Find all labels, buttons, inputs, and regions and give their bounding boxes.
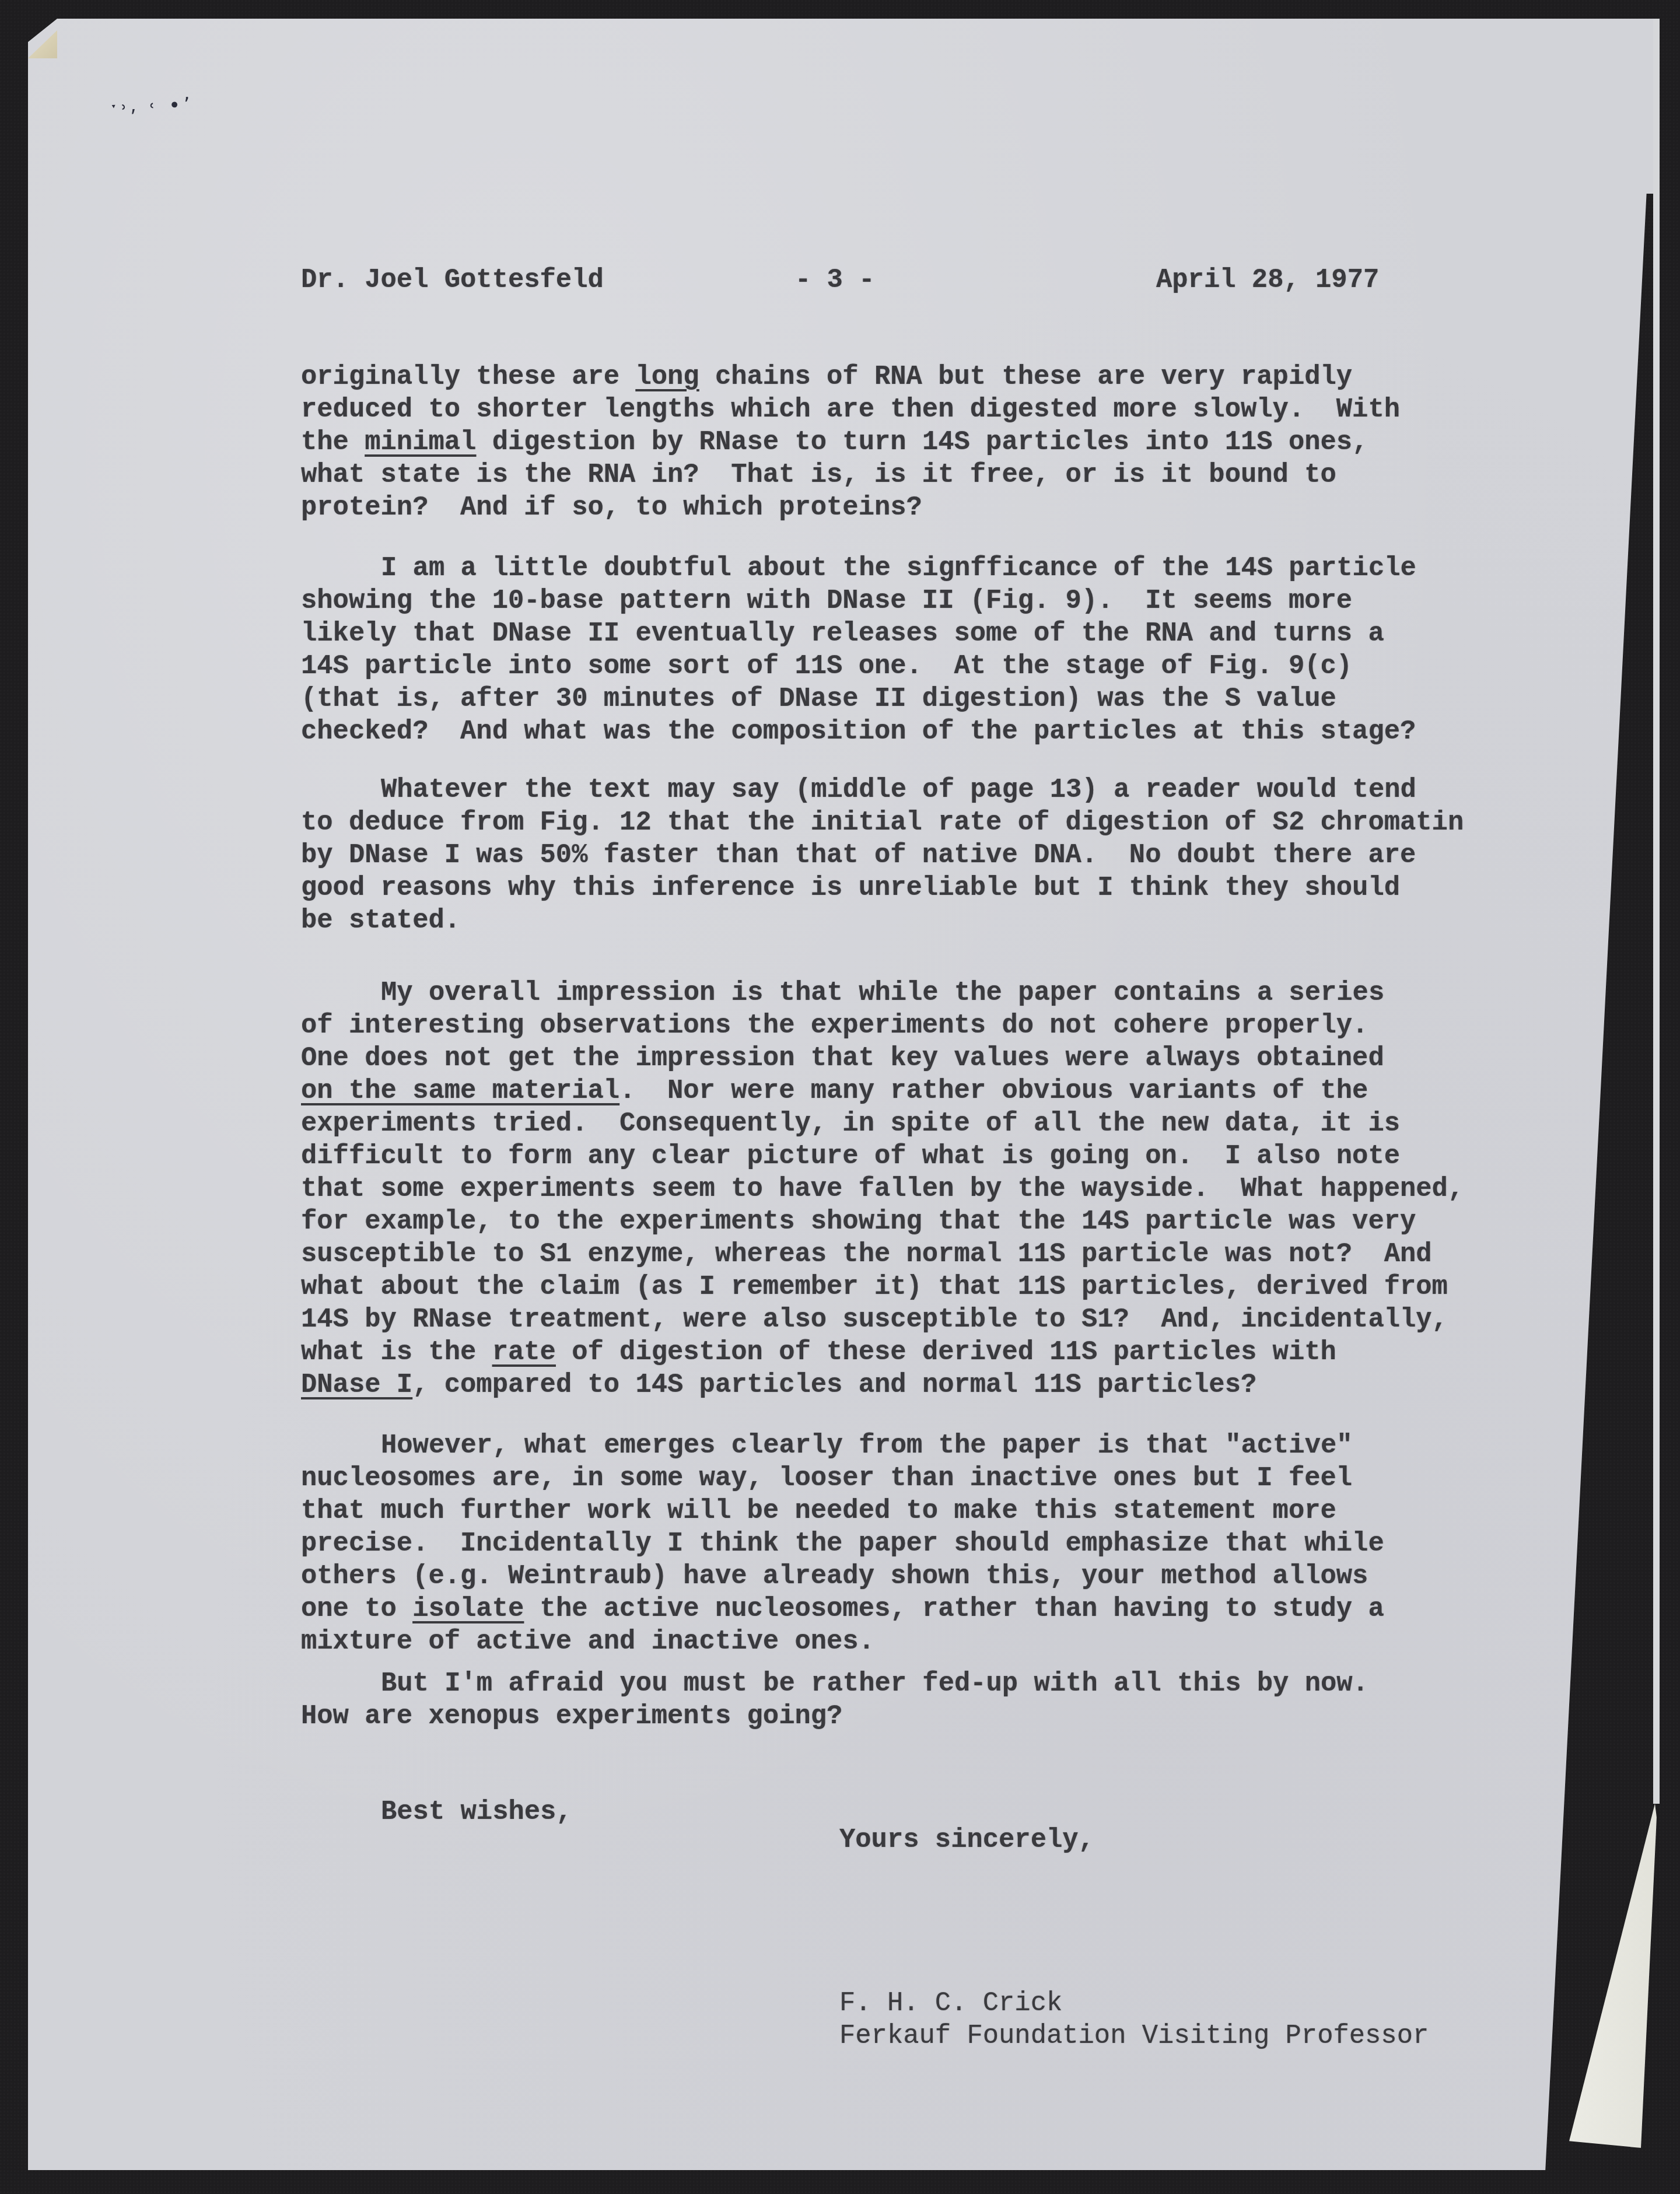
text-line: others (e.g. Weintraub) have already sho… — [301, 1560, 1384, 1593]
underlined-emphasis: rate — [492, 1337, 556, 1367]
text-run: . Nor were many rather obvious variants … — [619, 1076, 1368, 1106]
text-line: the minimal digestion by RNase to turn 1… — [301, 426, 1400, 459]
text-run: reduced to shorter lengths which are the… — [301, 394, 1400, 425]
text-run: others (e.g. Weintraub) have already sho… — [301, 1561, 1368, 1591]
text-line: DNase I, compared to 14S particles and n… — [301, 1369, 1464, 1401]
text-run: one to — [301, 1594, 412, 1624]
header-page-number: - 3 - — [795, 264, 875, 296]
text-line: experiments tried. Consequently, in spit… — [301, 1107, 1464, 1140]
text-run: (that is, after 30 minutes of DNase II d… — [301, 684, 1336, 714]
text-run: 14S particle into some sort of 11S one. … — [301, 651, 1352, 681]
text-line: by DNase I was 50% faster than that of n… — [301, 839, 1464, 872]
text-line: what state is the RNA in? That is, is it… — [301, 459, 1400, 491]
text-line: mixture of active and inactive ones. — [301, 1625, 1384, 1658]
underlined-emphasis: DNase I — [301, 1370, 412, 1400]
text-line: 14S particle into some sort of 11S one. … — [301, 650, 1416, 683]
text-run: showing the 10-base pattern with DNase I… — [301, 586, 1352, 616]
text-run: experiments tried. Consequently, in spit… — [301, 1108, 1400, 1139]
text-run: the active nucleosomes, rather than havi… — [524, 1594, 1384, 1624]
closing-salutation: Best wishes, — [381, 1796, 572, 1828]
text-run: good reasons why this inference is unrel… — [301, 873, 1400, 903]
text-line: what is the rate of digestion of these d… — [301, 1336, 1464, 1369]
text-run: that some experiments seem to have falle… — [301, 1174, 1464, 1204]
text-line: nucleosomes are, in some way, looser tha… — [301, 1462, 1384, 1495]
underlined-emphasis: on the same material — [301, 1076, 619, 1106]
text-run: by DNase I was 50% faster than that of n… — [301, 840, 1416, 870]
text-run: what about the claim (as I remember it) … — [301, 1272, 1448, 1302]
text-run: susceptible to S1 enzyme, whereas the no… — [301, 1239, 1432, 1269]
text-line: However, what emerges clearly from the p… — [301, 1429, 1384, 1462]
text-line: what about the claim (as I remember it) … — [301, 1271, 1464, 1303]
text-line: 14S by RNase treatment, were also suscep… — [301, 1303, 1464, 1336]
text-run: what state is the RNA in? That is, is it… — [301, 460, 1336, 490]
page-edge — [1653, 19, 1660, 1804]
paragraph: My overall impression is that while the … — [301, 977, 1464, 1401]
text-line: checked? And what was the composition of… — [301, 715, 1416, 748]
signature-name: F. H. C. Crick — [839, 1987, 1062, 2020]
text-line: One does not get the impression that key… — [301, 1042, 1464, 1075]
text-line: How are xenopus experiments going? — [301, 1700, 1368, 1733]
text-run: be stated. — [301, 905, 460, 936]
text-line: originally these are long chains of RNA … — [301, 361, 1400, 393]
signature-title: Ferkauf Foundation Visiting Professor — [839, 2020, 1429, 2052]
text-line: But I'm afraid you must be rather fed-up… — [301, 1667, 1368, 1700]
text-run: of digestion of these derived 11S partic… — [556, 1337, 1336, 1367]
text-run: of interesting observations the experime… — [301, 1010, 1368, 1041]
text-run: originally these are — [301, 362, 635, 392]
paragraph: I am a little doubtful about the signffi… — [301, 552, 1416, 748]
text-line: one to isolate the active nucleosomes, r… — [301, 1593, 1384, 1625]
text-line: (that is, after 30 minutes of DNase II d… — [301, 683, 1416, 715]
text-line: susceptible to S1 enzyme, whereas the no… — [301, 1238, 1464, 1271]
text-run: what is the — [301, 1337, 492, 1367]
text-line: of interesting observations the experime… — [301, 1009, 1464, 1042]
closing-valediction: Yours sincerely, — [839, 1824, 1094, 1856]
text-run: that much further work will be needed to… — [301, 1496, 1336, 1526]
paragraph: Whatever the text may say (middle of pag… — [301, 774, 1464, 937]
text-line: protein? And if so, to which proteins? — [301, 491, 1400, 524]
text-run: the — [301, 427, 365, 457]
text-run: Whatever the text may say (middle of pag… — [381, 775, 1416, 805]
paragraph: However, what emerges clearly from the p… — [301, 1429, 1384, 1658]
header-recipient: Dr. Joel Gottesfeld — [301, 264, 604, 296]
text-line: on the same material. Nor were many rath… — [301, 1075, 1464, 1107]
text-run: How are xenopus experiments going? — [301, 1701, 842, 1731]
paragraph: originally these are long chains of RNA … — [301, 361, 1400, 524]
underlined-emphasis: isolate — [412, 1594, 524, 1624]
text-line: reduced to shorter lengths which are the… — [301, 393, 1400, 426]
text-run: to deduce from Fig. 12 that the initial … — [301, 807, 1464, 838]
text-line: precise. Incidentally I think the paper … — [301, 1527, 1384, 1560]
text-line: that much further work will be needed to… — [301, 1495, 1384, 1527]
text-run: checked? And what was the composition of… — [301, 716, 1416, 747]
text-line: difficult to form any clear picture of w… — [301, 1140, 1464, 1173]
text-run: One does not get the impression that key… — [301, 1043, 1384, 1073]
text-line: Whatever the text may say (middle of pag… — [301, 774, 1464, 806]
text-run: difficult to form any clear picture of w… — [301, 1141, 1400, 1171]
margin-marks: ˑ˒⸴ ˓ •’ — [110, 90, 194, 121]
text-run: digestion by RNase to turn 14S particles… — [476, 427, 1368, 457]
text-line: to deduce from Fig. 12 that the initial … — [301, 806, 1464, 839]
underlined-emphasis: minimal — [365, 427, 476, 457]
text-run: However, what emerges clearly from the p… — [381, 1430, 1353, 1461]
text-run: I am a little doubtful about the signffi… — [381, 553, 1416, 583]
text-run: mixture of active and inactive ones. — [301, 1626, 874, 1657]
underlined-emphasis: long — [635, 362, 699, 392]
paragraph: But I'm afraid you must be rather fed-up… — [301, 1667, 1368, 1733]
text-line: My overall impression is that while the … — [301, 977, 1464, 1009]
text-run: My overall impression is that while the … — [381, 978, 1384, 1008]
text-run: likely that DNase II eventually releases… — [301, 618, 1384, 649]
text-line: that some experiments seem to have falle… — [301, 1173, 1464, 1205]
header-date: April 28, 1977 — [1156, 264, 1379, 296]
text-run: 14S by RNase treatment, were also suscep… — [301, 1304, 1448, 1335]
text-line: showing the 10-base pattern with DNase I… — [301, 585, 1416, 617]
text-run: , compared to 14S particles and normal 1… — [412, 1370, 1256, 1400]
text-line: be stated. — [301, 904, 1464, 937]
text-run: protein? And if so, to which proteins? — [301, 492, 922, 523]
text-run: chains of RNA but these are very rapidly — [699, 362, 1352, 392]
text-run: precise. Incidentally I think the paper … — [301, 1528, 1384, 1559]
text-run: for example, to the experiments showing … — [301, 1206, 1416, 1237]
text-run: nucleosomes are, in some way, looser tha… — [301, 1463, 1352, 1493]
text-line: for example, to the experiments showing … — [301, 1205, 1464, 1238]
text-line: likely that DNase II eventually releases… — [301, 617, 1416, 650]
text-run: But I'm afraid you must be rather fed-up… — [381, 1668, 1368, 1699]
text-line: good reasons why this inference is unrel… — [301, 872, 1464, 904]
text-line: I am a little doubtful about the signffi… — [301, 552, 1416, 585]
